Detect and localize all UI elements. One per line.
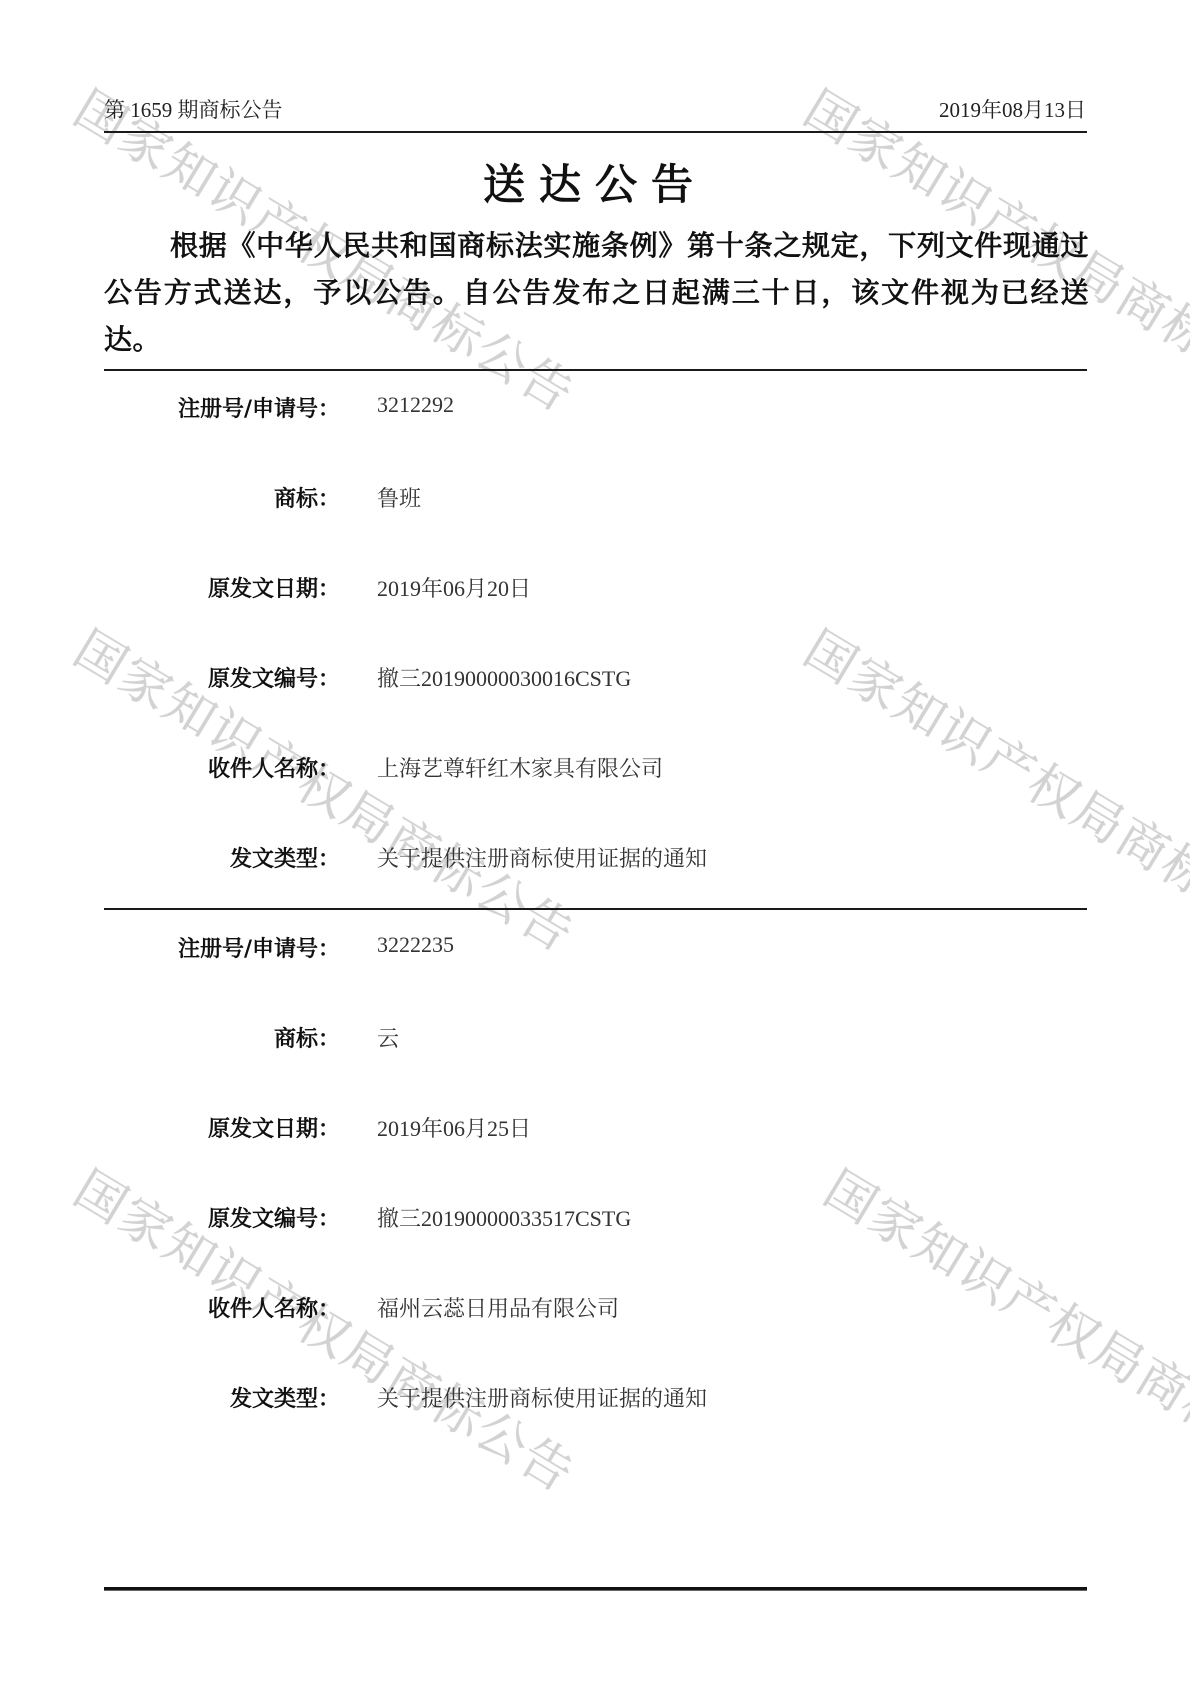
field-value: 3212292 xyxy=(377,392,454,418)
field-label: 收件人名称： xyxy=(208,752,340,783)
field-orig-date: 原发文日期： 2019年06月25日 xyxy=(0,1112,1190,1152)
field-doc-type: 发文类型： 关于提供注册商标使用证据的通知 xyxy=(0,842,1190,882)
field-label: 发文类型： xyxy=(230,842,340,873)
field-trademark: 商标： 云 xyxy=(0,1022,1190,1062)
issue-date: 2019年08月13日 xyxy=(939,94,1086,124)
field-value: 撤三20190000030016CSTG xyxy=(377,662,631,693)
field-value: 2019年06月20日 xyxy=(377,572,531,603)
footer-divider xyxy=(104,1587,1087,1591)
field-label: 注册号/申请号： xyxy=(178,392,340,423)
intro-paragraph: 根据《中华人民共和国商标法实施条例》第十条之规定，下列文件现通过公告方式送达，予… xyxy=(104,222,1089,363)
field-label: 发文类型： xyxy=(230,1382,340,1413)
field-label: 原发文编号： xyxy=(208,662,340,693)
field-value: 撤三20190000033517CSTG xyxy=(377,1202,631,1233)
field-label: 原发文编号： xyxy=(208,1202,340,1233)
field-reg-no: 注册号/申请号： 3222235 xyxy=(0,932,1190,972)
field-value: 关于提供注册商标使用证据的通知 xyxy=(377,842,707,873)
field-label: 原发文日期： xyxy=(208,1112,340,1143)
page-title: 送达公告 xyxy=(0,152,1190,212)
field-value: 福州云蕊日用品有限公司 xyxy=(377,1292,619,1323)
field-trademark: 商标： 鲁班 xyxy=(0,482,1190,522)
field-value: 鲁班 xyxy=(377,482,421,513)
field-doc-type: 发文类型： 关于提供注册商标使用证据的通知 xyxy=(0,1382,1190,1422)
field-recipient: 收件人名称： 福州云蕊日用品有限公司 xyxy=(0,1292,1190,1332)
field-value: 上海艺尊轩红木家具有限公司 xyxy=(377,752,663,783)
document-page: 国家知识产权局商标公告 国家知识产权局商标公告 国家知识产权局商标公告 国家知识… xyxy=(0,0,1190,1684)
field-value: 3222235 xyxy=(377,932,454,958)
field-reg-no: 注册号/申请号： 3212292 xyxy=(0,392,1190,432)
entry-divider xyxy=(104,908,1087,910)
field-value: 云 xyxy=(377,1022,399,1053)
field-label: 收件人名称： xyxy=(208,1292,340,1323)
field-orig-no: 原发文编号： 撤三20190000033517CSTG xyxy=(0,1202,1190,1242)
section-divider xyxy=(104,369,1087,371)
header-divider xyxy=(104,131,1087,133)
field-label: 注册号/申请号： xyxy=(178,932,340,963)
field-label: 商标： xyxy=(274,1022,340,1053)
field-recipient: 收件人名称： 上海艺尊轩红木家具有限公司 xyxy=(0,752,1190,792)
field-value: 2019年06月25日 xyxy=(377,1112,531,1143)
field-orig-date: 原发文日期： 2019年06月20日 xyxy=(0,572,1190,612)
field-label: 原发文日期： xyxy=(208,572,340,603)
issue-number: 第 1659 期商标公告 xyxy=(104,94,283,124)
field-label: 商标： xyxy=(274,482,340,513)
field-orig-no: 原发文编号： 撤三20190000030016CSTG xyxy=(0,662,1190,702)
field-value: 关于提供注册商标使用证据的通知 xyxy=(377,1382,707,1413)
